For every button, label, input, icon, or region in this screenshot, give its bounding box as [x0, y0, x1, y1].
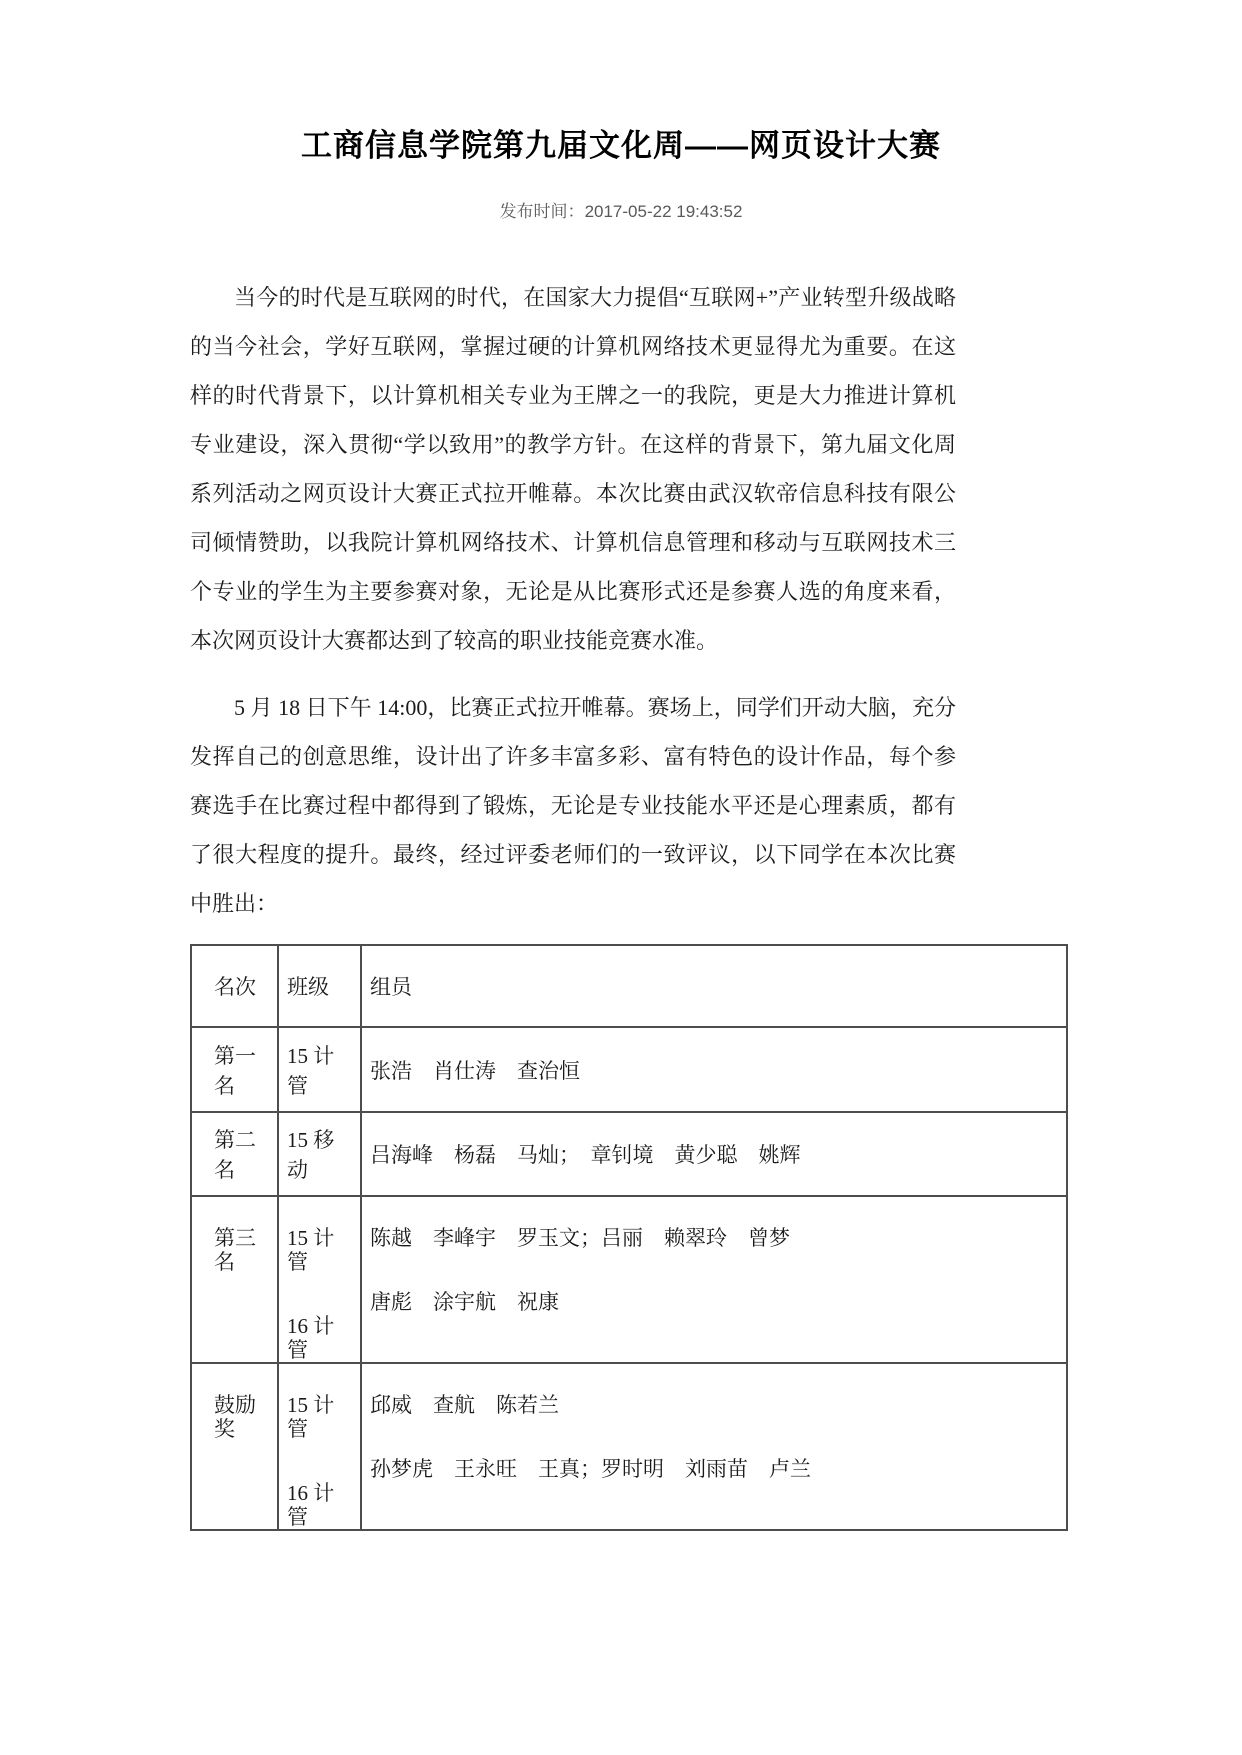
members-cell: 陈越 李峰宇 罗玉文；吕丽 赖翠玲 曾梦 唐彪 涂宇航 祝康 — [361, 1196, 1067, 1363]
rank-label: 第三名 — [214, 1226, 271, 1274]
table-row-third-place: 第三名 15 计管 16 计管 陈越 李峰宇 罗玉文；吕丽 赖翠玲 曾梦 唐彪 … — [191, 1196, 1067, 1363]
class-cell: 15 计管 16 计管 — [278, 1363, 361, 1530]
table-row-encouragement-award: 鼓励奖 15 计管 16 计管 邱威 查航 陈若兰 孙梦虎 王永旺 王真；罗时明… — [191, 1363, 1067, 1530]
class-line: 15 计管 — [287, 1393, 354, 1441]
members-line: 陈越 李峰宇 罗玉文；吕丽 赖翠玲 曾梦 — [370, 1226, 1060, 1250]
class-line: 15 计管 — [287, 1226, 354, 1274]
awards-table: 名次 班级 组员 第一名 15 计管 张浩 肖仕涛 查治恒 第二名 15 移动 … — [190, 944, 1068, 1531]
rank-label: 鼓励奖 — [214, 1393, 271, 1441]
members-line: 唐彪 涂宇航 祝康 — [370, 1290, 1060, 1314]
article-body: 当今的时代是互联网的时代，在国家大力提倡“互联网+”产业转型升级战略的当今社会，… — [190, 273, 956, 928]
page-title: 工商信息学院第九届文化周——网页设计大赛 — [40, 122, 1202, 170]
column-header-rank: 名次 — [191, 945, 278, 1027]
class-cell: 15 计管 — [278, 1027, 361, 1112]
members-cell: 张浩 肖仕涛 查治恒 — [361, 1027, 1067, 1112]
members-line: 孙梦虎 王永旺 王真；罗时明 刘雨苗 卢兰 — [370, 1457, 1060, 1481]
members-line: 邱威 查航 陈若兰 — [370, 1393, 1060, 1417]
members-cell: 邱威 查航 陈若兰 孙梦虎 王永旺 王真；罗时明 刘雨苗 卢兰 — [361, 1363, 1067, 1530]
rank-cell: 鼓励奖 — [191, 1363, 278, 1530]
table-header-row: 名次 班级 组员 — [191, 945, 1067, 1027]
publish-time-value: 2017-05-22 19:43:52 — [585, 202, 743, 221]
publish-time: 发布时间：2017-05-22 19:43:52 — [0, 200, 1242, 224]
table-row-second-place: 第二名 15 移动 吕海峰 杨磊 马灿； 章钊境 黄少聪 姚辉 — [191, 1112, 1067, 1196]
column-header-class: 班级 — [278, 945, 361, 1027]
class-line: 16 计管 — [287, 1314, 354, 1362]
table-row-first-place: 第一名 15 计管 张浩 肖仕涛 查治恒 — [191, 1027, 1067, 1112]
paragraph-intro: 当今的时代是互联网的时代，在国家大力提倡“互联网+”产业转型升级战略的当今社会，… — [190, 273, 956, 665]
class-cell: 15 计管 16 计管 — [278, 1196, 361, 1363]
column-header-members: 组员 — [361, 945, 1067, 1027]
rank-cell: 第三名 — [191, 1196, 278, 1363]
class-line: 16 计管 — [287, 1481, 354, 1529]
publish-time-label: 发布时间： — [500, 202, 585, 221]
members-cell: 吕海峰 杨磊 马灿； 章钊境 黄少聪 姚辉 — [361, 1112, 1067, 1196]
class-cell: 15 移动 — [278, 1112, 361, 1196]
document-page: { "page": { "title": "工商信息学院第九届文化周——网页设计… — [0, 0, 1242, 1755]
paragraph-results: 5 月 18 日下午 14:00，比赛正式拉开帷幕。赛场上，同学们开动大脑，充分… — [190, 683, 956, 928]
rank-cell: 第二名 — [191, 1112, 278, 1196]
rank-cell: 第一名 — [191, 1027, 278, 1112]
